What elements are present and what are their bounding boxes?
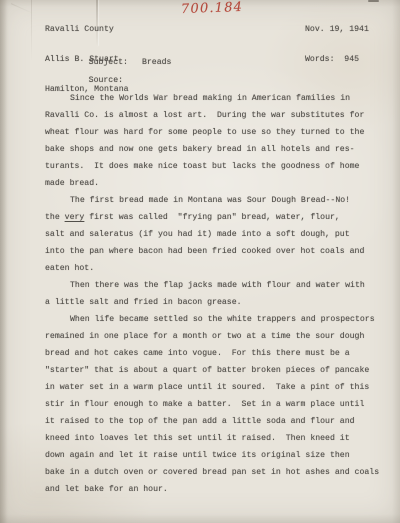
line-text: bake in a dutch oven or covered bread pa…	[45, 468, 379, 477]
document-page: Ravalli County Allis B. Stuart Hamilton,…	[0, 0, 400, 523]
line-text: a little salt and fried in bacon grease.	[45, 298, 242, 307]
line-text: it raised to the top of the pan add a li…	[45, 417, 355, 426]
line-text: down again and let it raise until twice …	[45, 451, 350, 460]
line-text: first was called "frying pan" bread, wat…	[84, 213, 340, 222]
line-text: kneed into loaves let this set until it …	[45, 434, 350, 443]
line-text: into the pan where bacon had been fried …	[45, 247, 364, 256]
body-line: wheat flour was hard for some people to …	[45, 124, 390, 141]
body-line: and let bake for an hour.	[45, 481, 390, 498]
line-text: turants. It does make nice toast but lac…	[45, 162, 359, 171]
body-line: bake in a dutch oven or covered bread pa…	[45, 464, 390, 481]
line-text: "starter" that is about a quart of batte…	[45, 366, 369, 375]
line-text: wheat flour was hard for some people to …	[45, 128, 364, 137]
line-text: stir in flour enough to make a batter. S…	[45, 400, 364, 409]
line-text: and let bake for an hour.	[45, 485, 168, 494]
body-line: stir in flour enough to make a batter. S…	[45, 396, 390, 413]
line-text: Then there was the flap jacks made with …	[70, 281, 365, 290]
body-line: turants. It does make nice toast but lac…	[45, 158, 390, 175]
underlined-word: very	[65, 213, 85, 222]
body-line: salt and saleratus (if you had it) made …	[45, 226, 390, 243]
body-line: Since the Worlds War bread making in Ame…	[45, 90, 390, 107]
line-text: bake shops and now one gets bakery bread…	[45, 145, 355, 154]
source-label: Source:	[89, 76, 123, 85]
line-text: Ravalli Co. is almost a lost art. During…	[45, 111, 364, 120]
body-line: into the pan where bacon had been fried …	[45, 243, 390, 260]
line-text: bread and hot cakes came into vogue. For…	[45, 349, 350, 358]
body-line: Ravalli Co. is almost a lost art. During…	[45, 107, 390, 124]
body-line: The first bread made in Montana was Sour…	[45, 192, 390, 209]
line-text: in water set in a warm place until it so…	[45, 383, 369, 392]
body-line: remained in one place for a month or two…	[45, 328, 390, 345]
date-line: Nov. 19, 1941	[305, 25, 369, 35]
line-text: the	[45, 213, 65, 222]
header-date-block: Nov. 19, 1941 Words: 945	[305, 5, 369, 85]
line-text: The first bread made in Montana was Sour…	[70, 196, 350, 205]
paper-crease	[11, 3, 33, 14]
line-text: Since the Worlds War bread making in Ame…	[70, 94, 350, 103]
paper-mark	[368, 0, 379, 2]
line-text: remained in one place for a month or two…	[45, 332, 364, 341]
body-line: down again and let it raise until twice …	[45, 447, 390, 464]
body-line: a little salt and fried in bacon grease.	[45, 294, 390, 311]
line-text: When life became settled so the white tr…	[70, 315, 375, 324]
body-line: eaten hot.	[45, 260, 390, 277]
body-line: "starter" that is about a quart of batte…	[45, 362, 390, 379]
paper-crease	[31, 0, 32, 62]
body-line: Then there was the flap jacks made with …	[45, 277, 390, 294]
subject-value: Breads	[142, 58, 171, 67]
line-text: eaten hot.	[45, 264, 94, 273]
body-line: it raised to the top of the pan add a li…	[45, 413, 390, 430]
paper-edge-shading	[0, 0, 7, 523]
document-body: Since the Worlds War bread making in Ame…	[45, 90, 390, 498]
subject-label: Subject:	[89, 58, 128, 67]
body-line: kneed into loaves let this set until it …	[45, 430, 390, 447]
handwritten-file-number: 700.184	[181, 0, 244, 17]
county-line: Ravalli County	[45, 25, 129, 35]
body-line: When life became settled so the white tr…	[45, 311, 390, 328]
line-text: made bread.	[45, 179, 99, 188]
body-line: the very first was called "frying pan" b…	[45, 209, 390, 226]
word-count-line: Words: 945	[305, 55, 369, 65]
body-line: in water set in a warm place until it so…	[45, 379, 390, 396]
body-line: bake shops and now one gets bakery bread…	[45, 141, 390, 158]
body-line: made bread.	[45, 175, 390, 192]
line-text: salt and saleratus (if you had it) made …	[45, 230, 350, 239]
body-line: bread and hot cakes came into vogue. For…	[45, 345, 390, 362]
